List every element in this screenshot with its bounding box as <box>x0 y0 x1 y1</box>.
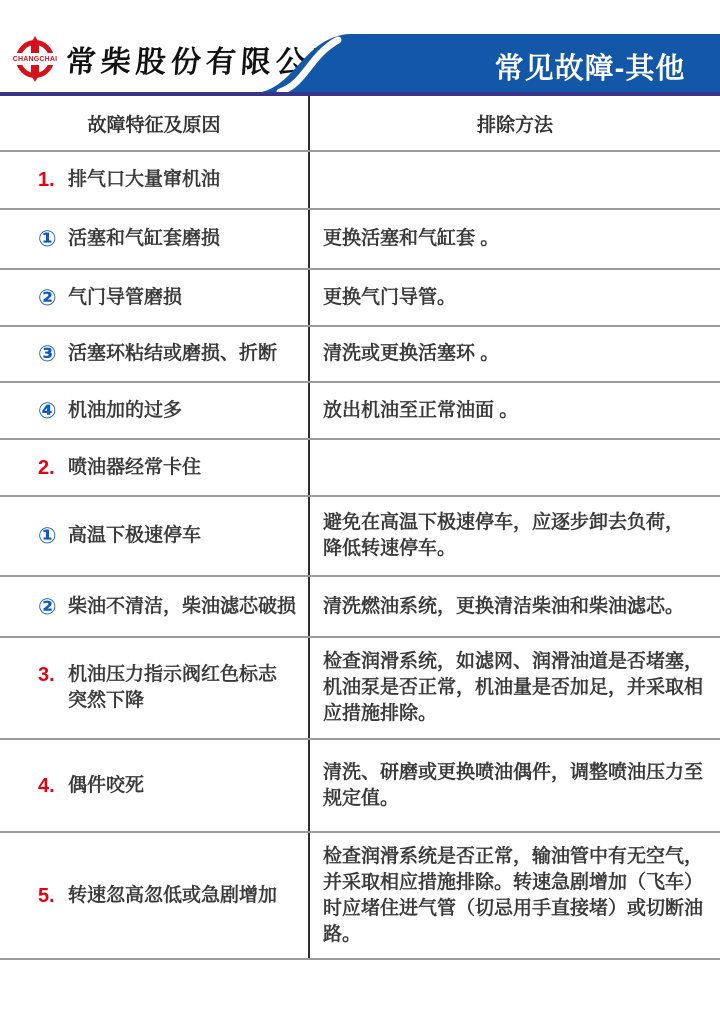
row-number: ② <box>38 285 68 311</box>
column-header-remedy: 排除方法 <box>310 96 720 150</box>
row-number: 1. <box>38 167 68 193</box>
cause-inner: 4. 偶件咬死 <box>38 773 144 799</box>
column-header-cause: 故障特征及原因 <box>0 96 310 150</box>
banner-title: 常见故障-其他 <box>470 46 710 87</box>
row-number: 3. <box>38 662 68 688</box>
cause-cell: 5. 转速忽高忽低或急剧增加 <box>0 833 310 958</box>
remedy-cell: 清洗或更换活塞环 。 <box>310 327 720 381</box>
row-number: ② <box>38 594 68 620</box>
cause-cell: ① 活塞和气缸套磨损 <box>0 210 310 268</box>
cause-inner: 1. 排气口大量窜机油 <box>38 167 220 193</box>
remedy-cell: 清洗燃油系统，更换清洁柴油和柴油滤芯。 <box>310 577 720 636</box>
fault-remedy-text: 清洗、研磨或更换喷油偶件，调整喷油压力至 规定值。 <box>323 760 703 812</box>
fault-remedy-text: 检查润滑系统是否正常，输油管中有无空气， 并采取相应措施排除。转速急剧增加（飞车… <box>323 844 703 948</box>
page-header: CHANGCHAI 常柴股份有限公司 常见故障-其他 <box>0 0 720 92</box>
row-number: 2. <box>38 455 68 481</box>
changchai-gear-emblem-icon: CHANGCHAI <box>12 36 58 82</box>
row-number: ③ <box>38 341 68 367</box>
fault-remedy-text: 放出机油至正常油面 。 <box>323 398 518 424</box>
cause-inner: ④ 机油加的过多 <box>38 398 182 424</box>
table-row: ④ 机油加的过多 放出机油至正常油面 。 <box>0 383 720 440</box>
remedy-cell: 清洗、研磨或更换喷油偶件，调整喷油压力至 规定值。 <box>310 740 720 831</box>
cause-inner: ③ 活塞环粘结或磨损、折断 <box>38 341 277 367</box>
table-row: 3. 机油压力指示阀红色标志 突然下降 检查润滑系统，如滤网、润滑油道是否堵塞，… <box>0 638 720 740</box>
table-header-row: 故障特征及原因 排除方法 <box>0 96 720 152</box>
cause-cell: ② 气门导管磨损 <box>0 270 310 325</box>
fault-cause-text: 气门导管磨损 <box>68 285 182 311</box>
remedy-cell: 检查润滑系统，如滤网、润滑油道是否堵塞， 机油泵是否正常，机油量是否加足，并采取… <box>310 638 720 738</box>
cause-inner: ① 活塞和气缸套磨损 <box>38 226 220 252</box>
cause-cell: 3. 机油压力指示阀红色标志 突然下降 <box>0 638 310 738</box>
fault-cause-text: 高温下极速停车 <box>68 523 201 549</box>
cause-inner: 3. 机油压力指示阀红色标志 突然下降 <box>38 662 277 714</box>
table-row: ③ 活塞环粘结或磨损、折断 清洗或更换活塞环 。 <box>0 327 720 383</box>
fault-remedy-text: 检查润滑系统，如滤网、润滑油道是否堵塞， 机油泵是否正常，机油量是否加足，并采取… <box>323 649 703 727</box>
cause-inner: ① 高温下极速停车 <box>38 523 201 549</box>
fault-cause-text: 排气口大量窜机油 <box>68 167 220 193</box>
row-number: ④ <box>38 398 68 424</box>
table-row: 1. 排气口大量窜机油 <box>0 152 720 210</box>
fault-cause-text: 机油加的过多 <box>68 398 182 424</box>
remedy-cell <box>310 440 720 495</box>
remedy-cell <box>310 152 720 208</box>
table-row: 4. 偶件咬死 清洗、研磨或更换喷油偶件，调整喷油压力至 规定值。 <box>0 740 720 833</box>
fault-remedy-text: 更换气门导管。 <box>323 285 456 311</box>
remedy-cell: 更换气门导管。 <box>310 270 720 325</box>
manual-page: CHANGCHAI 常柴股份有限公司 常见故障-其他 故障特征及原因 排除方法 … <box>0 0 720 1018</box>
remedy-cell: 避免在高温下极速停车，应逐步卸去负荷， 降低转速停车。 <box>310 497 720 575</box>
cause-cell: ② 柴油不清洁，柴油滤芯破损 <box>0 577 310 636</box>
fault-remedy-text: 清洗燃油系统，更换清洁柴油和柴油滤芯。 <box>323 594 684 620</box>
fault-cause-text: 活塞和气缸套磨损 <box>68 226 220 252</box>
fault-cause-text: 喷油器经常卡住 <box>68 455 201 481</box>
fault-remedy-text: 清洗或更换活塞环 。 <box>323 341 499 367</box>
table-row: ① 高温下极速停车 避免在高温下极速停车，应逐步卸去负荷， 降低转速停车。 <box>0 497 720 577</box>
fault-cause-text: 柴油不清洁，柴油滤芯破损 <box>68 594 296 620</box>
cause-cell: ④ 机油加的过多 <box>0 383 310 438</box>
cause-inner: 2. 喷油器经常卡住 <box>38 455 201 481</box>
emblem-band: CHANGCHAI <box>10 53 60 65</box>
row-number: ① <box>38 523 68 549</box>
cause-cell: 2. 喷油器经常卡住 <box>0 440 310 495</box>
table-row: 5. 转速忽高忽低或急剧增加 检查润滑系统是否正常，输油管中有无空气， 并采取相… <box>0 833 720 960</box>
fault-cause-text: 偶件咬死 <box>68 773 144 799</box>
table-body: 1. 排气口大量窜机油 ① 活塞和气缸套磨损 更换活塞和气缸套 。 ② 气门导管… <box>0 152 720 960</box>
emblem-text: CHANGCHAI <box>13 56 58 63</box>
table-row: ② 柴油不清洁，柴油滤芯破损 清洗燃油系统，更换清洁柴油和柴油滤芯。 <box>0 577 720 638</box>
fault-table: 故障特征及原因 排除方法 1. 排气口大量窜机油 ① 活塞和气缸套磨损 更换活塞… <box>0 96 720 960</box>
cause-inner: 5. 转速忽高忽低或急剧增加 <box>38 883 277 909</box>
table-row: ② 气门导管磨损 更换气门导管。 <box>0 270 720 327</box>
fault-cause-text: 机油压力指示阀红色标志 突然下降 <box>68 662 277 714</box>
table-row: 2. 喷油器经常卡住 <box>0 440 720 497</box>
remedy-cell: 检查润滑系统是否正常，输油管中有无空气， 并采取相应措施排除。转速急剧增加（飞车… <box>310 833 720 958</box>
cause-cell: ③ 活塞环粘结或磨损、折断 <box>0 327 310 381</box>
cause-cell: ① 高温下极速停车 <box>0 497 310 575</box>
row-number: 4. <box>38 773 68 799</box>
remedy-cell: 更换活塞和气缸套 。 <box>310 210 720 268</box>
cause-inner: ② 气门导管磨损 <box>38 285 182 311</box>
cause-cell: 1. 排气口大量窜机油 <box>0 152 310 208</box>
remedy-cell: 放出机油至正常油面 。 <box>310 383 720 438</box>
row-number: ① <box>38 226 68 252</box>
cause-cell: 4. 偶件咬死 <box>0 740 310 831</box>
row-number: 5. <box>38 883 68 909</box>
cause-inner: ② 柴油不清洁，柴油滤芯破损 <box>38 594 296 620</box>
fault-remedy-text: 更换活塞和气缸套 。 <box>323 226 499 252</box>
table-row: ① 活塞和气缸套磨损 更换活塞和气缸套 。 <box>0 210 720 270</box>
fault-cause-text: 转速忽高忽低或急剧增加 <box>68 883 277 909</box>
fault-cause-text: 活塞环粘结或磨损、折断 <box>68 341 277 367</box>
fault-remedy-text: 避免在高温下极速停车，应逐步卸去负荷， 降低转速停车。 <box>323 510 684 562</box>
